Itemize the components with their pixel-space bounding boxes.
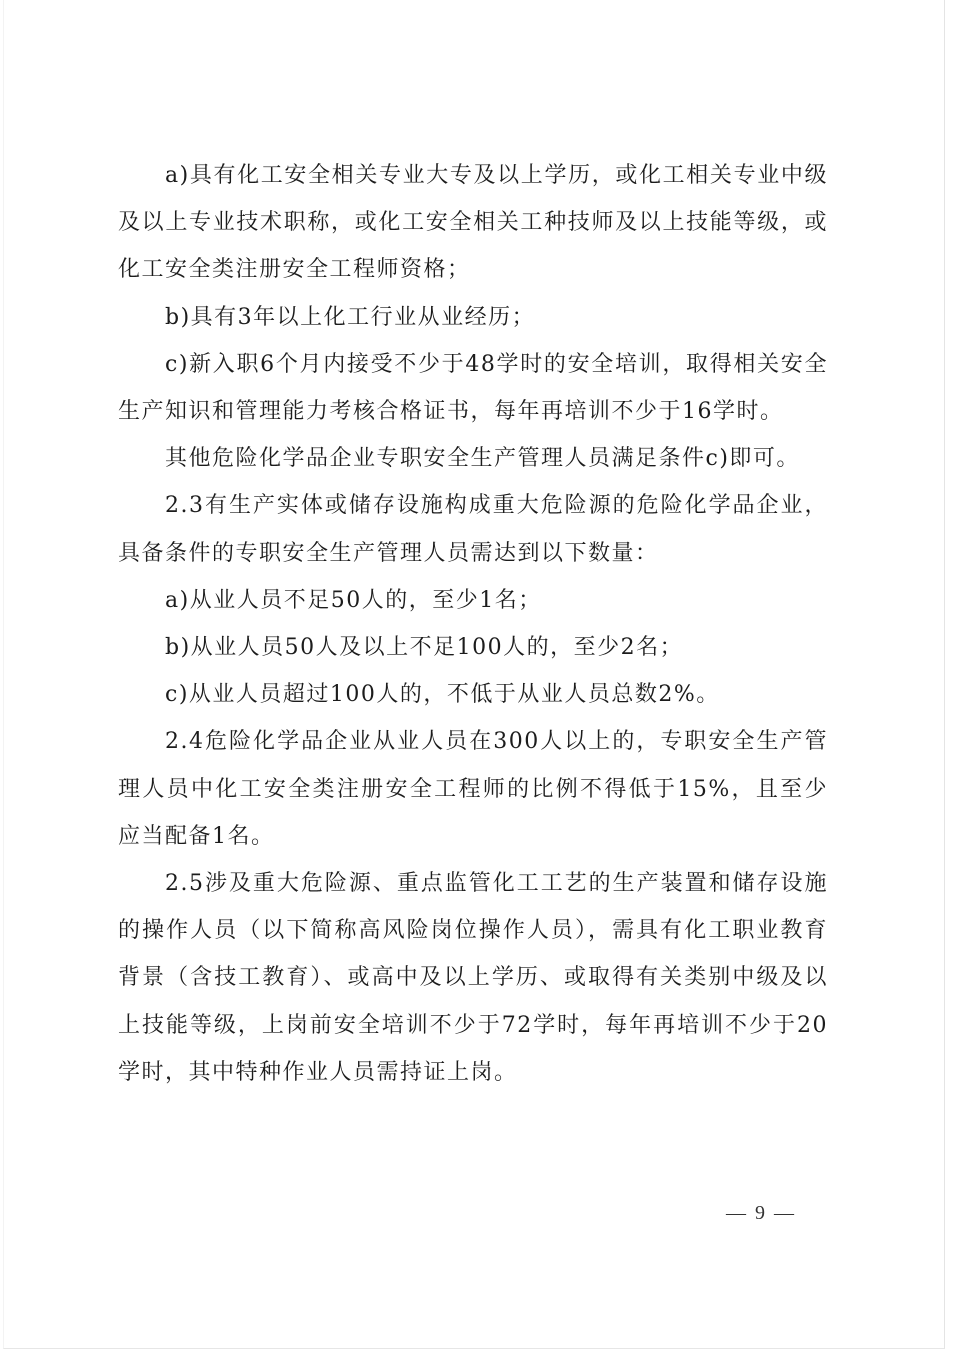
paragraph-2-3: 2.3有生产实体或储存设施构成重大危险源的危险化学品企业，具备条件的专职安全生产… <box>118 482 828 576</box>
paragraph-2-2-c: c)新入职6个月内接受不少于48学时的安全培训，取得相关安全生产知识和管理能力考… <box>118 341 828 435</box>
paragraph-2-2-a: a)具有化工安全相关专业大专及以上学历，或化工相关专业中级及以上专业技术职称，或… <box>118 152 828 294</box>
paragraph-2-3-c: c)从业人员超过100人的，不低于从业人员总数2%。 <box>118 671 828 718</box>
paragraph-2-3-a: a)从业人员不足50人的，至少1名； <box>118 577 828 624</box>
page-number: — 9 — <box>726 1202 796 1225</box>
paragraph-2-4: 2.4危险化学品企业从业人员在300人以上的，专职安全生产管理人员中化工安全类注… <box>118 718 828 860</box>
paragraph-2-3-b: b)从业人员50人及以上不足100人的，至少2名； <box>118 624 828 671</box>
paragraph-other-enterprises: 其他危险化学品企业专职安全生产管理人员满足条件c)即可。 <box>118 435 828 482</box>
paragraph-2-2-b: b)具有3年以上化工行业从业经历； <box>118 294 828 341</box>
document-body: a)具有化工安全相关专业大专及以上学历，或化工相关专业中级及以上专业技术职称，或… <box>118 152 828 1096</box>
paragraph-2-5: 2.5涉及重大危险源、重点监管化工工艺的生产装置和储存设施的操作人员（以下简称高… <box>118 860 828 1096</box>
